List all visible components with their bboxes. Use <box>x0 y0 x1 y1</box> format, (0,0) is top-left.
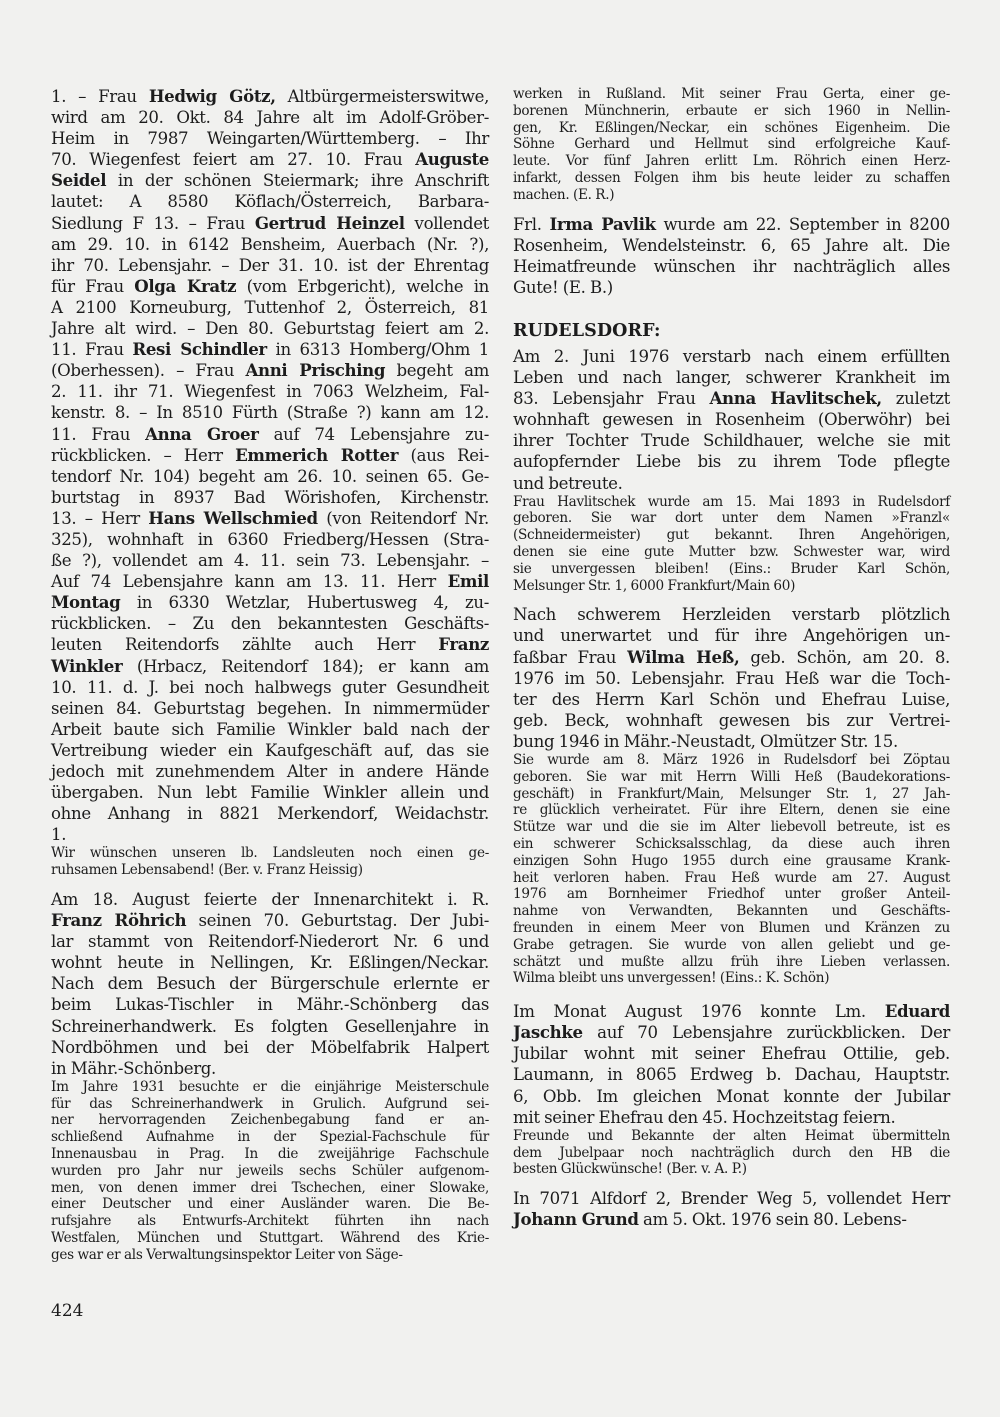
text-line: ruhsamen Lebensabend! (Ber. v. Franz Hei… <box>51 862 489 879</box>
text-line: wird am 20. Okt. 84 Jahre alt im Adolf-G… <box>51 107 489 128</box>
paragraph-roehrich-career: Im Jahre 1931 besuchte er die einjährige… <box>51 1079 489 1264</box>
bold-name: Seidel <box>51 170 106 190</box>
text-line: geb. Beck, wohnhaft gewesen bis zur Vert… <box>513 710 950 731</box>
text-line: wurden pro Jahr nur jeweils sechs Schüle… <box>51 1163 489 1180</box>
text-line: geboren. Sie war mit Herrn Willi Heß (Ba… <box>513 769 950 786</box>
text-line: leuten Reitendorfs zählte auch Herr Fran… <box>51 634 489 655</box>
text-line: Westfalen, München und Stuttgart. Währen… <box>51 1230 489 1247</box>
text-line: Jubilar wohnt mit seiner Ehefrau Ottilie… <box>513 1043 950 1064</box>
bold-name: Franz <box>438 634 489 654</box>
text-line: denen sie eine gute Mutter bzw. Schweste… <box>513 544 950 561</box>
bold-name: Wilma Heß, <box>627 647 739 667</box>
text-line: burtstag in 8937 Bad Wörishofen, Kirchen… <box>51 487 489 508</box>
paragraph-jaschke-birthday: Im Monat August 1976 konnte Lm. EduardJa… <box>513 1001 950 1128</box>
text-line: Am 18. August feierte der Innenarchitekt… <box>51 889 489 910</box>
text-line: (Oberhessen). – Frau Anni Prisching bege… <box>51 360 489 381</box>
text-line: Melsunger Str. 1, 6000 Frankfurt/Main 60… <box>513 578 950 595</box>
text-line: Gute! (E. B.) <box>513 277 950 298</box>
text-line: und betreute. <box>513 473 950 494</box>
text-line: 325), wohnhaft in 6360 Friedberg/Hessen … <box>51 529 489 550</box>
text-line: infarkt, dessen Folgen ihm bis heute lei… <box>513 170 950 187</box>
left-column: 1. – Frau Hedwig Götz, Altbürgermeisters… <box>51 86 489 1264</box>
text-line: 13. – Herr Hans Wellschmied (von Reitend… <box>51 508 489 529</box>
text-line: Grabe getragen. Sie wurde von allen geli… <box>513 937 950 954</box>
text-line: ihr 70. Lebensjahr. – Der 31. 10. ist de… <box>51 255 489 276</box>
text-line: jedoch mit zunehmendem Alter in andere H… <box>51 761 489 782</box>
text-line: 11. Frau Resi Schindler in 6313 Homberg/… <box>51 339 489 360</box>
text-line: für Frau Olga Kratz (vom Erbgericht), we… <box>51 276 489 297</box>
text-line: Heimatfreunde wünschen ihr nachträglich … <box>513 256 950 277</box>
paragraph-havlitschek-obituary: Am 2. Juni 1976 verstarb nach einem erfü… <box>513 346 950 494</box>
text-line: freunden in einem Meer von Blumen und Kr… <box>513 920 950 937</box>
text-line: 70. Wiegenfest feiert am 27. 10. Frau Au… <box>51 149 489 170</box>
text-line: kenstr. 8. – In 8510 Fürth (Straße ?) ka… <box>51 402 489 423</box>
text-line: mit seiner Ehefrau den 45. Hochzeitstag … <box>513 1107 950 1128</box>
text-line: Jaschke auf 70 Lebensjahre zurückblicken… <box>513 1022 950 1043</box>
text-line: für das Schreinerhandwerk in Grulich. Au… <box>51 1096 489 1113</box>
text-line: Im Monat August 1976 konnte Lm. Eduard <box>513 1001 950 1022</box>
paragraph-havlitschek-details: Frau Havlitschek wurde am 15. Mai 1893 i… <box>513 494 950 595</box>
text-line: einer Deutscher und einer Ausländer ware… <box>51 1196 489 1213</box>
bold-name: Auguste <box>415 149 489 169</box>
text-line: borenen Münchnerin, erbaute er sich 1960… <box>513 103 950 120</box>
bold-name: Hedwig Götz, <box>149 86 276 106</box>
text-line: ohne Anhang in 8821 Merkendorf, Weidachs… <box>51 803 489 824</box>
text-line: wohnhaft gewesen in Rosenheim (Oberwöhr)… <box>513 409 950 430</box>
text-line: Laumann, in 8065 Erdweg b. Dachau, Haupt… <box>513 1064 950 1085</box>
text-line: heit verloren haben. Frau Heß wurde am 2… <box>513 870 950 887</box>
text-line: geschäft) in Frankfurt/Main, Melsunger S… <box>513 786 950 803</box>
text-line: bung 1946 in Mähr.-Neustadt, Olmützer St… <box>513 731 950 752</box>
right-column: werken in Rußland. Mit seiner Frau Gerta… <box>513 86 950 1230</box>
text-line: nahme von Verwandten, Bekannten und Gesc… <box>513 903 950 920</box>
text-line: lautet: A 8580 Köflach/Österreich, Barba… <box>51 191 489 212</box>
text-line: 1976 am Bornheimer Friedhof unter großer… <box>513 886 950 903</box>
bold-name: Resi Schindler <box>132 339 266 359</box>
text-line: schließend Aufnahme in der Spezial-Fachs… <box>51 1129 489 1146</box>
text-line: (Schneidermeister) gut bekannt. Ihren An… <box>513 527 950 544</box>
text-line: Nordböhmen und bei der Möbelfabrik Halpe… <box>51 1037 489 1058</box>
text-line: ße ?), vollendet am 4. 11. sein 73. Lebe… <box>51 550 489 571</box>
text-line: leute. Vor fünf Jahren erlitt Lm. Röhric… <box>513 153 950 170</box>
text-line: gen, Kr. Eßlingen/Neckar, ein schönes Ei… <box>513 120 950 137</box>
text-line: Nach dem Besuch der Bürgerschule erlernt… <box>51 973 489 994</box>
text-line: re glücklich verheiratet. Für ihre Elter… <box>513 802 950 819</box>
text-line: Leben und nach langer, schwerer Krankhei… <box>513 367 950 388</box>
paragraph-birthdays-closing: Wir wünschen unseren lb. Landsleuten noc… <box>51 845 489 879</box>
text-line: Vertreibung wieder ein Kaufgeschäft auf,… <box>51 740 489 761</box>
text-line: Am 2. Juni 1976 verstarb nach einem erfü… <box>513 346 950 367</box>
text-line: Innenausbau in Prag. In die zweijährige … <box>51 1146 489 1163</box>
text-line: seinen 84. Geburtstag begehen. In nimmer… <box>51 698 489 719</box>
paragraph-roehrich-continued: werken in Rußland. Mit seiner Frau Gerta… <box>513 86 950 204</box>
text-line: Im Jahre 1931 besuchte er die einjährige… <box>51 1079 489 1096</box>
text-line: übergaben. Nun lebt Familie Winkler alle… <box>51 782 489 803</box>
bold-name: Anna Havlitschek, <box>710 388 882 408</box>
paragraph-hess-obituary: Nach schwerem Herzleiden verstarb plötzl… <box>513 604 950 752</box>
text-line: in Mähr.-Schönberg. <box>51 1058 489 1079</box>
bold-name: Eduard <box>885 1001 950 1021</box>
text-line: Wir wünschen unseren lb. Landsleuten noc… <box>51 845 489 862</box>
text-line: 1976 im 50. Lebensjahr. Frau Heß war die… <box>513 668 950 689</box>
text-line: beim Lukas-Tischler in Mähr.-Schönberg d… <box>51 994 489 1015</box>
text-line: 6, Obb. Im gleichen Monat konnte der Jub… <box>513 1086 950 1107</box>
text-line: A 2100 Korneuburg, Tuttenhof 2, Österrei… <box>51 297 489 318</box>
text-line: Söhne Gerhard und Hellmut sind erfolgrei… <box>513 136 950 153</box>
text-line: schätzt und mußte allzu früh ihre Lieben… <box>513 954 950 971</box>
text-line: ges war er als Verwaltungsinspektor Leit… <box>51 1247 489 1264</box>
text-line: Arbeit baute sich Familie Winkler bald n… <box>51 719 489 740</box>
text-line: Montag in 6330 Wetzlar, Hubertusweg 4, z… <box>51 592 489 613</box>
text-line: ein schwerer Schicksalsschlag, da diese … <box>513 836 950 853</box>
page-number: 424 <box>51 1301 83 1321</box>
text-line: dem Jubelpaar noch nachträglich durch de… <box>513 1145 950 1162</box>
text-line: 11. Frau Anna Groer auf 74 Lebensjahre z… <box>51 424 489 445</box>
text-line: sie unvergessen bleiben! (Eins.: Bruder … <box>513 561 950 578</box>
text-line: rückblicken. – Zu den bekanntesten Gesch… <box>51 613 489 634</box>
text-line: einzigen Sohn Hugo 1955 durch eine graus… <box>513 853 950 870</box>
text-line: ter des Herrn Karl Schön und Ehefrau Lui… <box>513 689 950 710</box>
text-line: Stütze war und die sie im Alter liebevol… <box>513 819 950 836</box>
text-line: Seidel in der schönen Steiermark; ihre A… <box>51 170 489 191</box>
paragraph-jaschke-greetings: Freunde und Bekannte der alten Heimat üb… <box>513 1128 950 1178</box>
text-line: ner hervorragenden Zeichenbegabung fand … <box>51 1112 489 1129</box>
text-line: 1. – Frau Hedwig Götz, Altbürgermeisters… <box>51 86 489 107</box>
text-line: men, von denen immer drei Tschechen, ein… <box>51 1180 489 1197</box>
text-line: Sie wurde am 8. März 1926 in Rudelsdorf … <box>513 752 950 769</box>
bold-name: Montag <box>51 592 120 612</box>
paragraph-birthdays-reitendorf: 1. – Frau Hedwig Götz, Altbürgermeisters… <box>51 86 489 845</box>
text-line: 10. 11. d. J. bei noch halbwegs guter Ge… <box>51 677 489 698</box>
text-line: lar stammt von Reitendorf-Niederort Nr. … <box>51 931 489 952</box>
bold-name: Anni Prisching <box>245 360 385 380</box>
paragraph-pavlik: Frl. Irma Pavlik wurde am 22. September … <box>513 214 950 298</box>
text-line: Jahre alt wird. – Den 80. Geburtstag fei… <box>51 318 489 339</box>
bold-name: Gertrud Heinzel <box>255 213 405 233</box>
paragraph-hess-details: Sie wurde am 8. März 1926 in Rudelsdorf … <box>513 752 950 987</box>
text-line: machen. (E. R.) <box>513 187 950 204</box>
text-line: faßbar Frau Wilma Heß, geb. Schön, am 20… <box>513 647 950 668</box>
text-line: rufsjahre als Entwurfs-Architekt führten… <box>51 1213 489 1230</box>
text-line: wohnt heute in Nellingen, Kr. Eßlingen/N… <box>51 952 489 973</box>
bold-name: Johann Grund <box>513 1209 639 1229</box>
bold-name: Franz Röhrich <box>51 910 186 930</box>
paragraph-grund-birthday: In 7071 Alfdorf 2, Brender Weg 5, vollen… <box>513 1188 950 1230</box>
bold-name: Emmerich Rotter <box>235 445 398 465</box>
text-line: 1. <box>51 824 489 845</box>
text-line: Frl. Irma Pavlik wurde am 22. September … <box>513 214 950 235</box>
text-line: Schreinerhandwerk. Es folgten Gesellenja… <box>51 1016 489 1037</box>
text-line: 2. 11. ihr 71. Wiegenfest in 7063 Welzhe… <box>51 381 489 402</box>
text-line: besten Glückwünsche! (Ber. v. A. P.) <box>513 1161 950 1178</box>
text-line: werken in Rußland. Mit seiner Frau Gerta… <box>513 86 950 103</box>
bold-name: Anna Groer <box>145 424 258 444</box>
text-line: Rosenheim, Wendelsteinstr. 6, 65 Jahre a… <box>513 235 950 256</box>
text-line: aufopfernder Liebe bis zu ihrem Tode pfl… <box>513 451 950 472</box>
text-line: Heim in 7987 Weingarten/Württemberg. – I… <box>51 128 489 149</box>
text-line: rückblicken. – Herr Emmerich Rotter (aus… <box>51 445 489 466</box>
bold-name: Hans Wellschmied <box>148 508 317 528</box>
text-line: und unerwartet und für ihre Angehörigen … <box>513 625 950 646</box>
text-line: Nach schwerem Herzleiden verstarb plötzl… <box>513 604 950 625</box>
text-line: Johann Grund am 5. Okt. 1976 sein 80. Le… <box>513 1209 950 1230</box>
text-line: Frau Havlitschek wurde am 15. Mai 1893 i… <box>513 494 950 511</box>
text-line: 83. Lebensjahr Frau Anna Havlitschek, zu… <box>513 388 950 409</box>
text-line: Franz Röhrich seinen 70. Geburtstag. Der… <box>51 910 489 931</box>
text-line: Wilma bleibt uns unvergessen! (Eins.: K.… <box>513 970 950 987</box>
text-line: geboren. Sie war dort unter dem Namen »F… <box>513 510 950 527</box>
bold-name: Emil <box>448 571 489 591</box>
section-heading-rudelsdorf: RUDELSDORF: <box>513 320 950 342</box>
text-line: tendorf Nr. 104) begeht am 26. 10. seine… <box>51 466 489 487</box>
bold-name: Irma Pavlik <box>549 214 655 234</box>
bold-name: Winkler <box>51 656 122 676</box>
paragraph-roehrich-intro: Am 18. August feierte der Innenarchitekt… <box>51 889 489 1079</box>
bold-name: Jaschke <box>513 1022 583 1042</box>
text-line: Winkler (Hrbacz, Reitendorf 184); er kan… <box>51 656 489 677</box>
text-line: am 29. 10. in 6142 Bensheim, Auerbach (N… <box>51 234 489 255</box>
bold-name: Olga Kratz <box>134 276 236 296</box>
text-line: In 7071 Alfdorf 2, Brender Weg 5, vollen… <box>513 1188 950 1209</box>
text-line: ihrer Tochter Trude Schildhauer, welche … <box>513 430 950 451</box>
text-line: Freunde und Bekannte der alten Heimat üb… <box>513 1128 950 1145</box>
text-line: Siedlung F 13. – Frau Gertrud Heinzel vo… <box>51 213 489 234</box>
text-line: Auf 74 Lebensjahre kann am 13. 11. Herr … <box>51 571 489 592</box>
